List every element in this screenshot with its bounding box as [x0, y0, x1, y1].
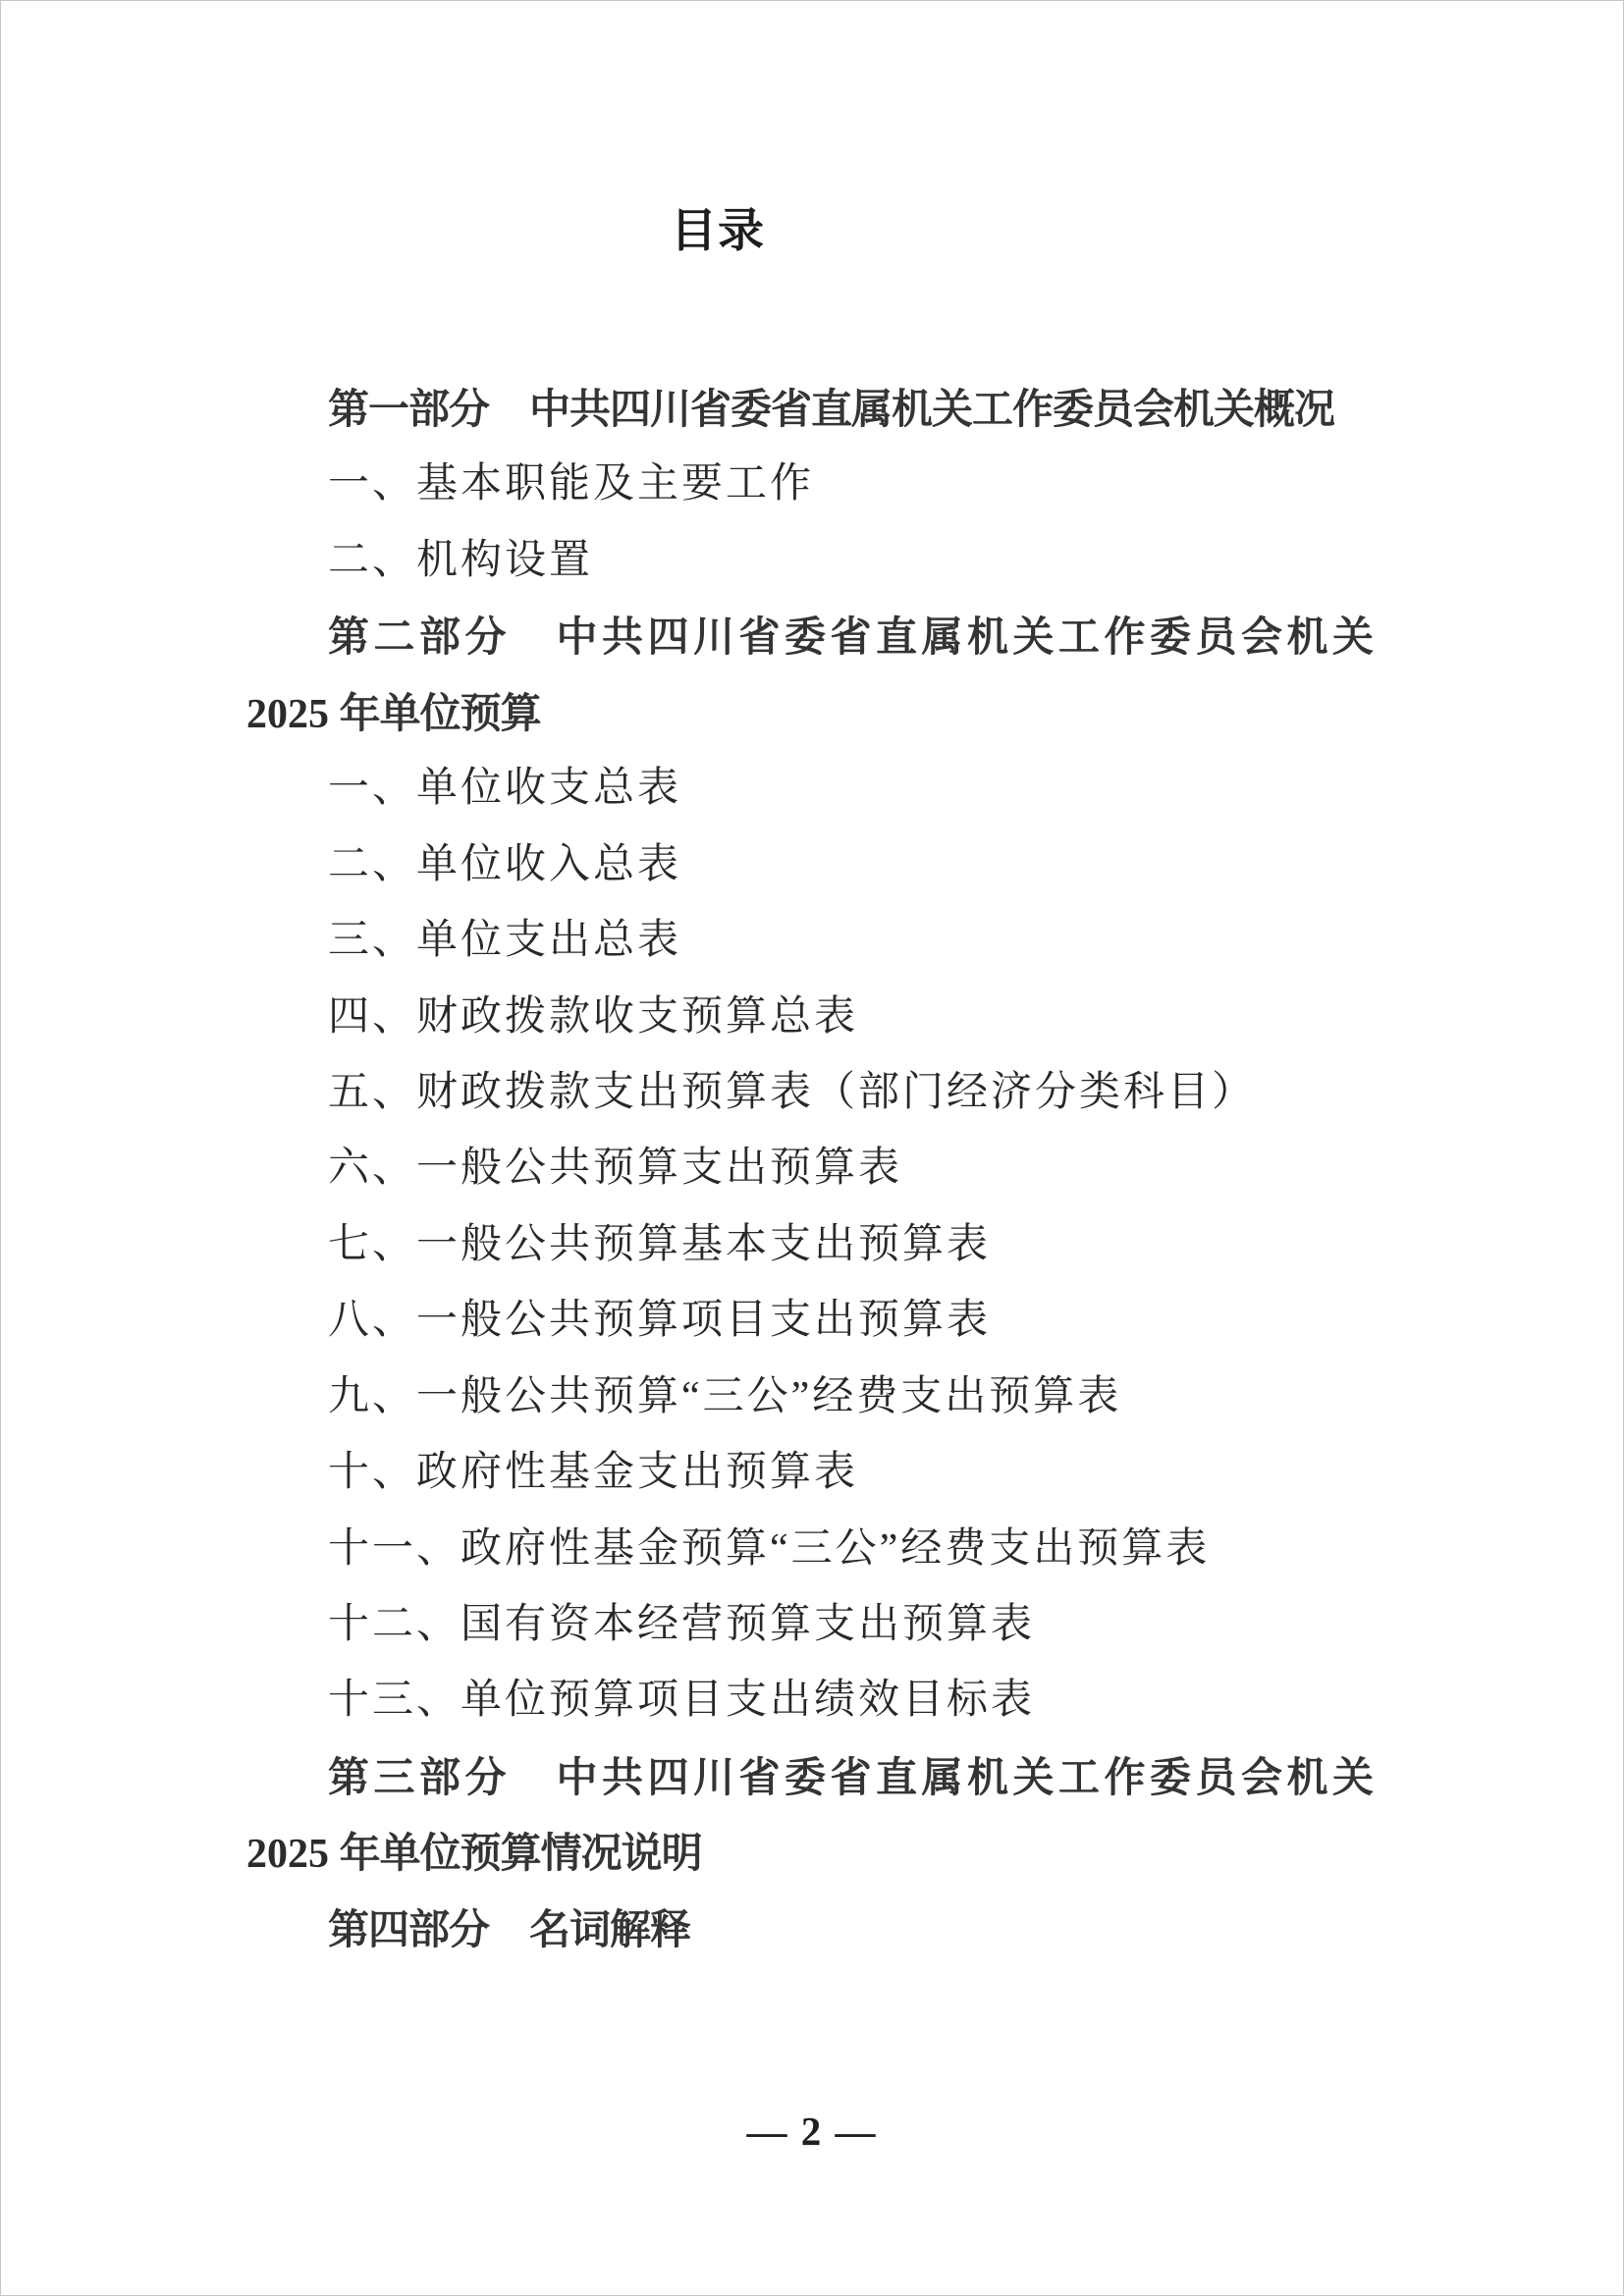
toc-section-heading: 2025 年单位预算: [246, 675, 1385, 751]
toc-item: 一、基本职能及主要工作: [246, 447, 1385, 522]
year-number: 2025: [246, 692, 329, 737]
toc-item: 五、财政拨款支出预算表（部门经济分类科目）: [246, 1055, 1385, 1131]
toc-lines: 第一部分 中共四川省委省直属机关工作委员会机关概况一、基本职能及主要工作二、机构…: [246, 371, 1385, 1967]
toc-section-heading: 第二部分 中共四川省委省直属机关工作委员会机关: [246, 599, 1385, 674]
toc-item: 七、一般公共预算基本支出预算表: [246, 1207, 1385, 1283]
toc-item: 八、一般公共预算项目支出预算表: [246, 1283, 1385, 1359]
toc-section-heading: 第四部分 名词解释: [246, 1892, 1385, 1967]
toc-section-heading: 第三部分 中共四川省委省直属机关工作委员会机关: [246, 1739, 1385, 1815]
toc-item: 二、机构设置: [246, 523, 1385, 599]
document-page: 目录 第一部分 中共四川省委省直属机关工作委员会机关概况一、基本职能及主要工作二…: [0, 0, 1624, 2296]
toc-section-heading: 2025 年单位预算情况说明: [246, 1815, 1385, 1891]
toc-item: 十三、单位预算项目支出绩效目标表: [246, 1663, 1385, 1738]
toc-item: 六、一般公共预算支出预算表: [246, 1131, 1385, 1206]
toc-item: 四、财政拨款收支预算总表: [246, 980, 1385, 1055]
toc-page-title: 目录: [671, 207, 765, 258]
year-number: 2025: [246, 1832, 329, 1877]
toc-item: 二、单位收入总表: [246, 828, 1385, 903]
toc-section-heading: 第一部分 中共四川省委省直属机关工作委员会机关概况: [246, 371, 1385, 447]
toc-item: 一、单位收支总表: [246, 751, 1385, 827]
toc-item: 三、单位支出总表: [246, 903, 1385, 979]
page-number-footer: — 2 —: [1, 2111, 1623, 2152]
toc-item: 十一、政府性基金预算“三公”经费支出预算表: [246, 1512, 1385, 1587]
toc-item: 十二、国有资本经营预算支出预算表: [246, 1587, 1385, 1663]
toc-item: 九、一般公共预算“三公”经费支出预算表: [246, 1360, 1385, 1435]
toc-item: 十、政府性基金支出预算表: [246, 1435, 1385, 1511]
